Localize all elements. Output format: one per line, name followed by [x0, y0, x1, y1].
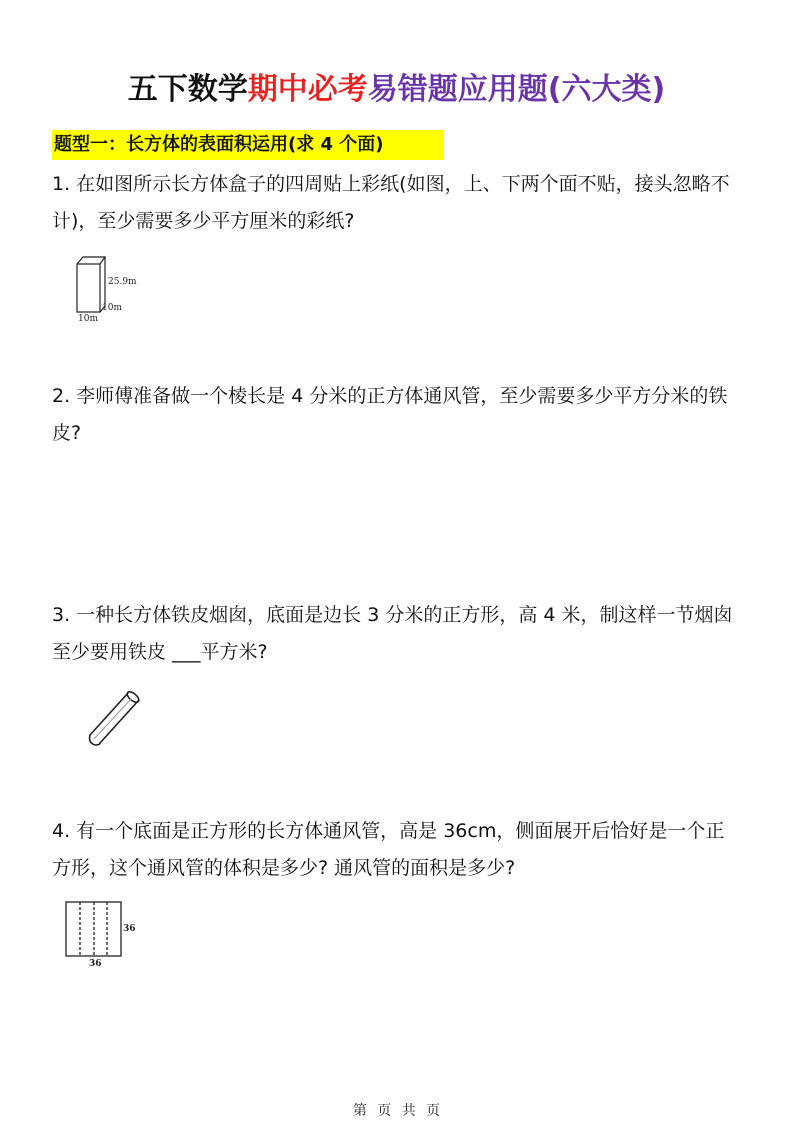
cuboid-width-label: 10m [78, 314, 98, 324]
cuboid-depth-label: 10m [102, 303, 122, 313]
cuboid-height-label: 25.9m [108, 277, 137, 287]
title-part-grade: 五下数学 [128, 72, 248, 107]
section-heading: 题型一：长方体的表面积运用(求 4 个面) [52, 130, 444, 160]
cuboid-figure: 25.9m 10m 10m [70, 250, 150, 325]
square-bottom-label: 36 [89, 959, 102, 969]
question-3-text: 3. 一种长方体铁皮烟囱，底面是边长 3 分米的正方形，高 4 米，制这样一节烟… [52, 597, 742, 671]
page-title: 五下数学期中必考易错题应用题(六大类) [0, 70, 793, 110]
question-4-text: 4. 有一个底面是正方形的长方体通风管，高是 36cm，侧面展开后恰好是一个正方… [52, 813, 742, 887]
question-1-text: 1. 在如图所示长方体盒子的四周贴上彩纸(如图，上、下两个面不贴，接头忽略不计)… [52, 166, 742, 240]
question-2-text: 2. 李师傅准备做一个棱长是 4 分米的正方体通风管，至少需要多少平方分米的铁皮… [52, 378, 742, 452]
title-part-topic: 易错题应用题(六大类) [368, 72, 665, 107]
title-part-midterm: 期中必考 [248, 72, 368, 107]
chimney-pipe-figure [80, 685, 150, 750]
page-footer: 第 页 共 页 [0, 1100, 793, 1120]
unfolded-square-figure: 36 36 [55, 895, 145, 970]
square-side-label: 36 [123, 924, 136, 934]
